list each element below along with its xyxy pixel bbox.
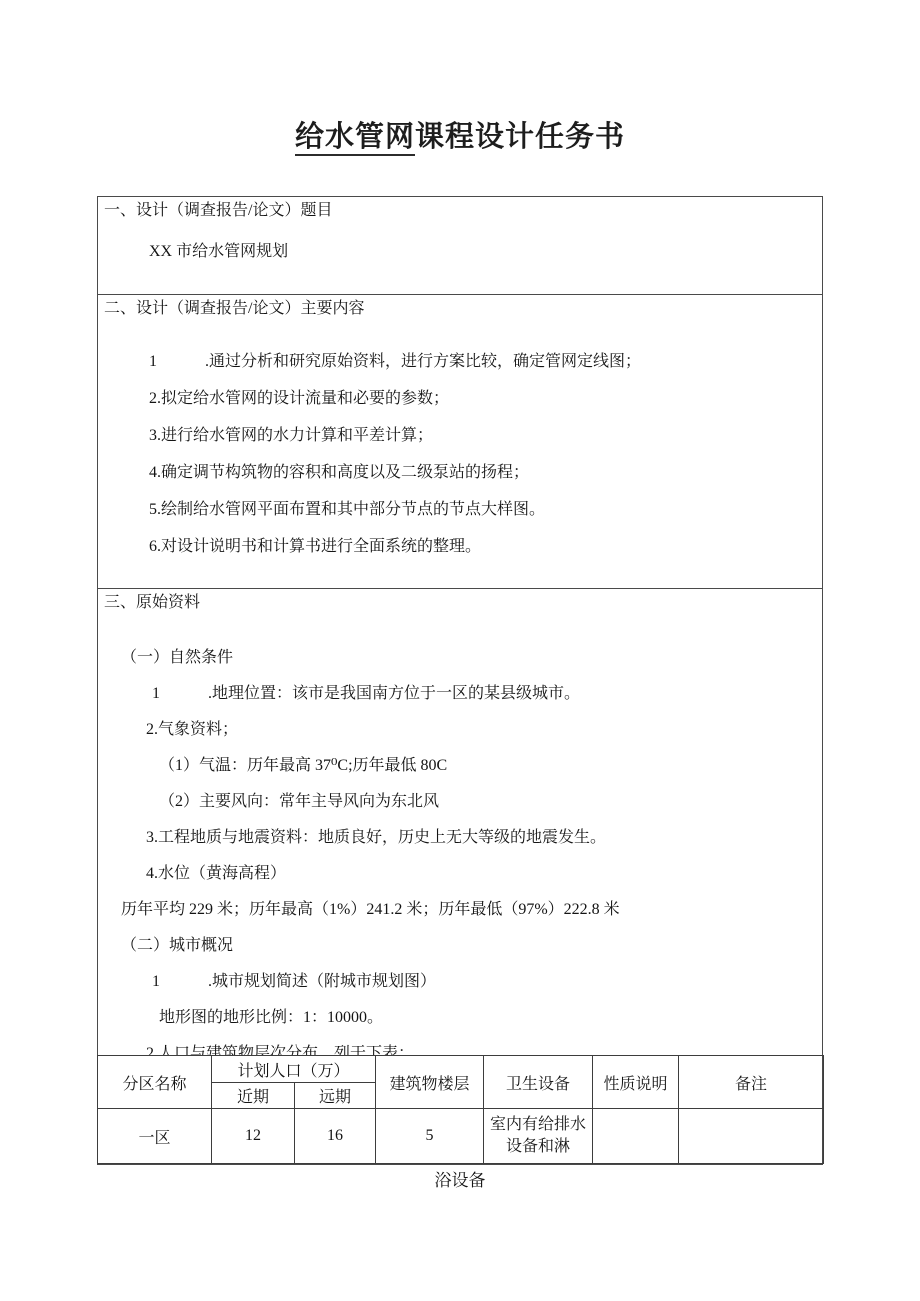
section-2-heading: 二、设计（调查报告/论文）主要内容 [98, 295, 822, 319]
table-overflow-text: 浴设备 [0, 1170, 920, 1192]
table-row: 一区 12 16 5 室内有给排水设备和淋 [98, 1109, 824, 1164]
header-near-term: 近期 [212, 1083, 295, 1109]
header-sanitary-equipment: 卫生设备 [484, 1056, 593, 1109]
design-topic-value: XX 市给水管网规划 [149, 241, 822, 262]
header-planned-population: 计划人口（万） [212, 1056, 376, 1083]
section-3-line: 地形图的地形比例：1：10000。 [159, 1007, 822, 1028]
cell-district: 一区 [98, 1109, 212, 1164]
header-long-term: 远期 [295, 1083, 376, 1109]
section-2-item: 1 .通过分析和研究原始资料，进行方案比较，确定管网定线图； [149, 351, 822, 372]
section-3-line: （2）主要风向：常年主导风向为东北风 [159, 791, 822, 812]
population-distribution-table: 分区名称 计划人口（万） 建筑物楼层 卫生设备 性质说明 备注 近期 远期 一区… [97, 1055, 824, 1164]
cell-long-term: 16 [295, 1109, 376, 1164]
section-2-item: 2.拟定给水管网的设计流量和必要的参数； [149, 388, 822, 409]
section-2-item: 3.进行给水管网的水力计算和平差计算； [149, 425, 822, 446]
section-3-line: 3.工程地质与地震资料：地质良好，历史上无大等级的地震发生。 [146, 827, 822, 848]
section-3-line: 1 .城市规划简述（附城市规划图） [152, 971, 822, 992]
cell-remarks [679, 1109, 824, 1164]
section-2-item: 4.确定调节构筑物的容积和高度以及二级泵站的扬程； [149, 462, 822, 483]
title-underlined-part: 给水管网 [295, 121, 415, 156]
header-remarks: 备注 [679, 1056, 824, 1109]
header-building-floors: 建筑物楼层 [376, 1056, 484, 1109]
title-rest: 课程设计任务书 [415, 121, 625, 153]
section-2-item: 6.对设计说明书和计算书进行全面系统的整理。 [149, 536, 822, 557]
header-district: 分区名称 [98, 1056, 212, 1109]
section-main-content: 二、设计（调查报告/论文）主要内容 1 .通过分析和研究原始资料，进行方案比较，… [98, 295, 822, 589]
section-3-line: （二）城市概况 [121, 935, 822, 956]
cell-near-term: 12 [212, 1109, 295, 1164]
section-3-line: （1）气温：历年最高 37⁰C;历年最低 80C [159, 755, 822, 776]
section-3-line-clipped: 2.人口与建筑物层次分布，列于下表： [146, 1043, 822, 1055]
header-nature-description: 性质说明 [593, 1056, 679, 1109]
cell-sanitary-equipment: 室内有给排水设备和淋 [484, 1109, 593, 1164]
task-form-box: 一、设计（调查报告/论文）题目 XX 市给水管网规划 二、设计（调查报告/论文）… [97, 196, 823, 1165]
section-3-line: 1 .地理位置：该市是我国南方位于一区的某县级城市。 [152, 683, 822, 704]
section-3-line: 2.气象资料； [146, 719, 822, 740]
section-3-line: 4.水位（黄海高程） [146, 863, 822, 884]
section-design-topic: 一、设计（调查报告/论文）题目 XX 市给水管网规划 [98, 197, 822, 295]
section-3-line: 历年平均 229 米；历年最高（1%）241.2 米；历年最低（97%）222.… [121, 899, 822, 920]
section-1-heading: 一、设计（调查报告/论文）题目 [98, 197, 822, 221]
section-3-line: （一）自然条件 [121, 647, 822, 668]
document-title: 给水管网课程设计任务书 [0, 114, 920, 155]
cell-nature-description [593, 1109, 679, 1164]
cell-building-floors: 5 [376, 1109, 484, 1164]
section-3-heading: 三、原始资料 [98, 589, 822, 613]
page-root: { "title": { "underlined": "给水管网", "rest… [0, 0, 920, 1301]
section-original-data: 三、原始资料 （一）自然条件 1 .地理位置：该市是我国南方位于一区的某县级城市… [98, 589, 822, 1055]
section-2-item: 5.绘制给水管网平面布置和其中部分节点的节点大样图。 [149, 499, 822, 520]
